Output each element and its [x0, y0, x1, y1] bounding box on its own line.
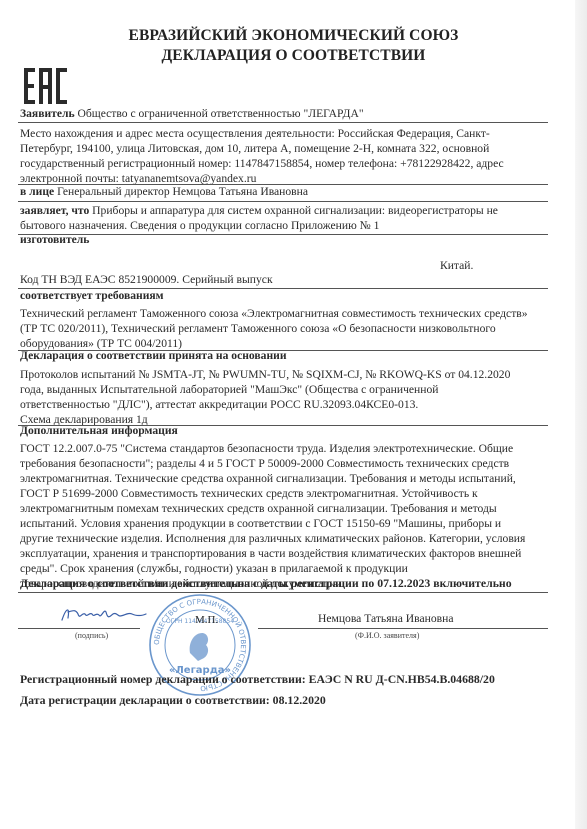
address-block: Место нахождения и адрес места осуществл…: [20, 126, 548, 186]
name-caption: (Ф.И.О. заявителя): [355, 631, 419, 640]
registration-date: Дата регистрации декларации о соответств…: [20, 693, 326, 708]
declares-line: Приборы и аппаратура для систем охранной…: [92, 204, 498, 217]
divider: [18, 201, 548, 202]
address-line: государственный регистрационный номер: 1…: [20, 156, 548, 171]
additional-line: электромагнитная. Технические средства о…: [20, 471, 548, 486]
requirements-line: (ТР ТС 020/2011), Технический регламент …: [20, 321, 548, 336]
basis-line: Протоколов испытаний № JSMTA-JT, № PWUMN…: [20, 367, 548, 382]
additional-line: испытаний. Условия хранения продукции в …: [20, 516, 548, 531]
represented-row: в лице Генеральный директор Немцова Тать…: [20, 184, 548, 199]
document-title: ДЕКЛАРАЦИЯ О СООТВЕТСТВИИ: [0, 47, 587, 65]
basis-line: ответственностью "ДЛС"), аттестат аккред…: [20, 397, 548, 412]
declares-block: заявляет, что Приборы и аппаратура для с…: [20, 203, 548, 233]
additional-line: среды". Срок хранения (службы, годности)…: [20, 561, 548, 576]
applicant-row: Заявитель Общество с ограниченной ответс…: [20, 106, 548, 121]
additional-line: требования безопасности"; разделы 4 и 5 …: [20, 456, 548, 471]
represented-label: в лице: [20, 185, 54, 198]
manufacturer-label: изготовитель: [20, 232, 548, 247]
basis-line: года, выданных Испытательной лабораторие…: [20, 382, 548, 397]
additional-line: другие технические изделия. Исполнения д…: [20, 531, 548, 546]
applicant-label: Заявитель: [20, 107, 75, 120]
product-code: Код ТН ВЭД ЕАЭС 8521900009. Серийный вып…: [20, 272, 548, 287]
basis-label: Декларация о соответствии принята на осн…: [20, 348, 548, 363]
seal-mark: М.П.: [195, 614, 218, 626]
eac-logo-icon: [24, 68, 68, 104]
divider: [18, 592, 548, 593]
signature-caption: (подпись): [75, 631, 108, 640]
additional-line: ГОСТ Р 51699-2000 Совместимость техничес…: [20, 486, 548, 501]
name-line: [258, 628, 548, 629]
requirements-block: Технический регламент Таможенного союза …: [20, 306, 548, 351]
represented-value: Генеральный директор Немцова Татьяна Ива…: [57, 185, 308, 198]
divider: [18, 122, 548, 123]
basis-block: Протоколов испытаний № JSMTA-JT, № PWUMN…: [20, 367, 548, 427]
additional-line: электромагнитным помехам технических сре…: [20, 501, 548, 516]
manufacturer-country: Китай.: [440, 258, 540, 273]
requirements-label: соответствует требованиям: [20, 288, 548, 303]
address-line: Петербург, 194100, улица Литовская, дом …: [20, 141, 548, 156]
additional-line: ГОСТ 12.2.007.0-75 "Система стандартов б…: [20, 441, 548, 456]
applicant-name: Немцова Татьяна Ивановна: [318, 612, 453, 625]
signature-icon: [58, 602, 148, 628]
union-title: ЕВРАЗИЙСКИЙ ЭКОНОМИЧЕСКИЙ СОЮЗ: [0, 27, 587, 45]
requirements-line: Технический регламент Таможенного союза …: [20, 306, 548, 321]
registration-number: Регистрационный номер декларации о соотв…: [20, 672, 495, 687]
validity-text: Декларация о соответствии действительна …: [20, 576, 548, 591]
signature-line: [18, 628, 140, 629]
additional-line: эксплуатации, хранения и транспортирован…: [20, 546, 548, 561]
applicant-value: Общество с ограниченной ответственностью…: [78, 107, 364, 120]
additional-block: ГОСТ 12.2.007.0-75 "Система стандартов б…: [20, 441, 548, 591]
additional-label: Дополнительная информация: [20, 423, 548, 438]
declares-line: бытового назначения. Сведения о продукци…: [20, 218, 548, 233]
scan-edge-shadow: [575, 0, 587, 829]
declares-label: заявляет, что: [20, 204, 89, 217]
address-line: Место нахождения и адрес места осуществл…: [20, 126, 548, 141]
